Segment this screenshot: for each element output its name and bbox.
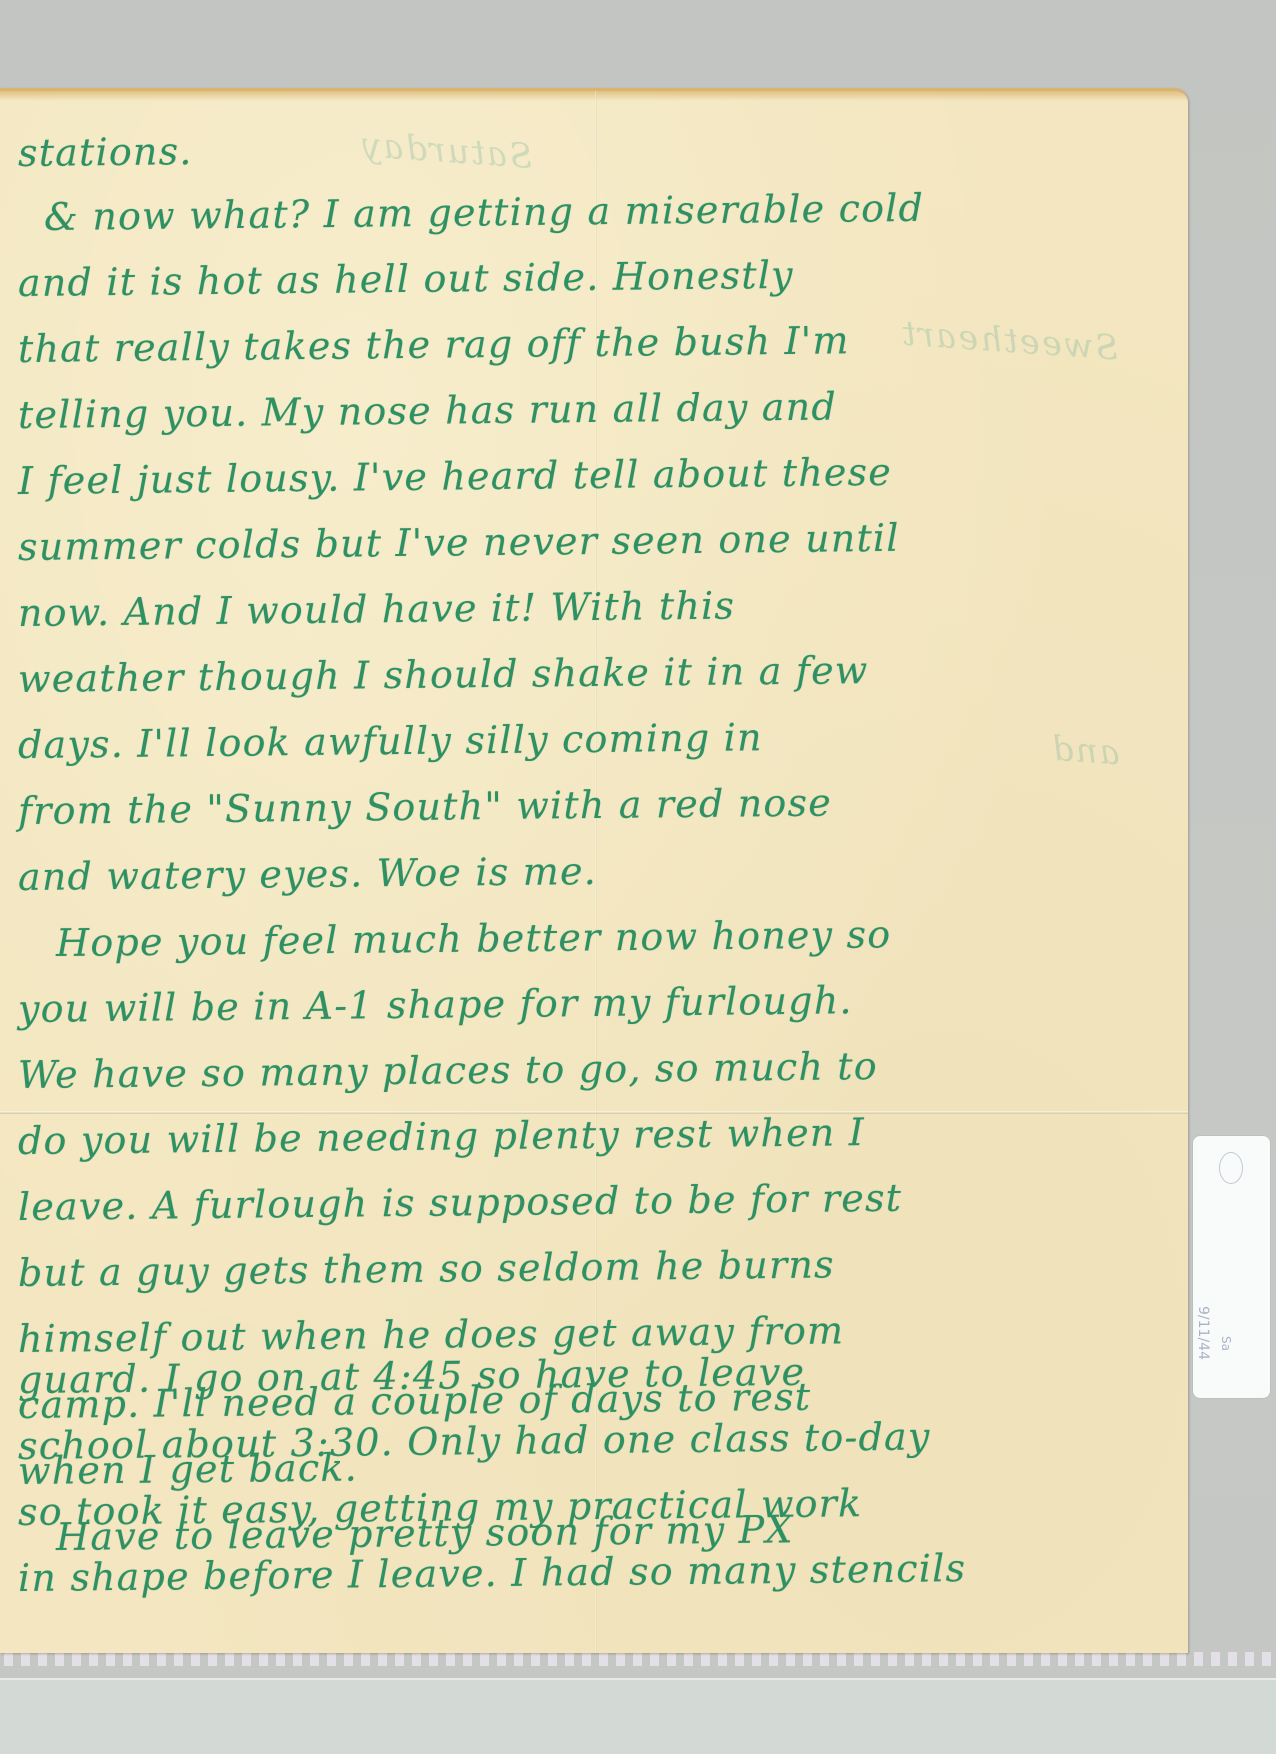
bleed-through-text: and [1049, 729, 1122, 774]
tab-date-note: 9/11/44 [1195, 1306, 1211, 1396]
letter-line: stations. [18, 129, 193, 175]
letter-line: weather though I should shake it in a fe… [18, 648, 869, 701]
letter-line: himself out when he does get away from [18, 1308, 845, 1361]
letter-line: days. I'll look awfully silly coming in [18, 715, 763, 767]
letter-line: and watery eyes. Woe is me. [18, 849, 597, 899]
archive-label-tab: 9/11/44 Sa [1193, 1136, 1270, 1398]
letter-line: but a guy gets them so seldom he burns [18, 1242, 835, 1295]
letter-line: and it is hot as hell out side. Honestly [18, 253, 794, 305]
tab-circle-mark [1219, 1152, 1243, 1184]
letter-line: now. And I would have it! With this [18, 583, 735, 635]
letter-line: do you will be needing plenty rest when … [18, 1110, 865, 1163]
letter-line: summer colds but I've never seen one unt… [18, 516, 900, 569]
sleeve-perforation [0, 1652, 1276, 1666]
letter-line: telling you. My nose has run all day and [18, 384, 837, 437]
letter-line: you will be in A-1 shape for my furlough… [18, 978, 853, 1031]
bleed-through-text: Sweetheart [899, 313, 1120, 368]
letter-line: that really takes the rag off the bush I… [18, 318, 850, 371]
letter-page: Saturday Sweetheart and stations. & now … [0, 88, 1188, 1653]
letter-line: leave. A furlough is supposed to be for … [18, 1176, 903, 1229]
letter-line: & now what? I am getting a miserable col… [44, 186, 925, 239]
letter-line: from the "Sunny South" with a red nose [18, 780, 832, 833]
letter-line: Hope you feel much better now honey so [56, 912, 892, 965]
tab-day-note: Sa [1219, 1336, 1233, 1351]
letter-line: I feel just lousy. I've heard tell about… [18, 450, 892, 503]
letter-line: camp. I'll need a couple of days to rest [18, 1375, 812, 1427]
protective-sleeve [0, 1678, 1276, 1754]
bleed-through-text: Saturday [359, 125, 534, 177]
letter-line: when I get back. [18, 1445, 358, 1493]
letter-line: Have to leave pretty soon for my PX [56, 1507, 794, 1559]
letter-line: We have so many places to go, so much to [18, 1044, 878, 1097]
